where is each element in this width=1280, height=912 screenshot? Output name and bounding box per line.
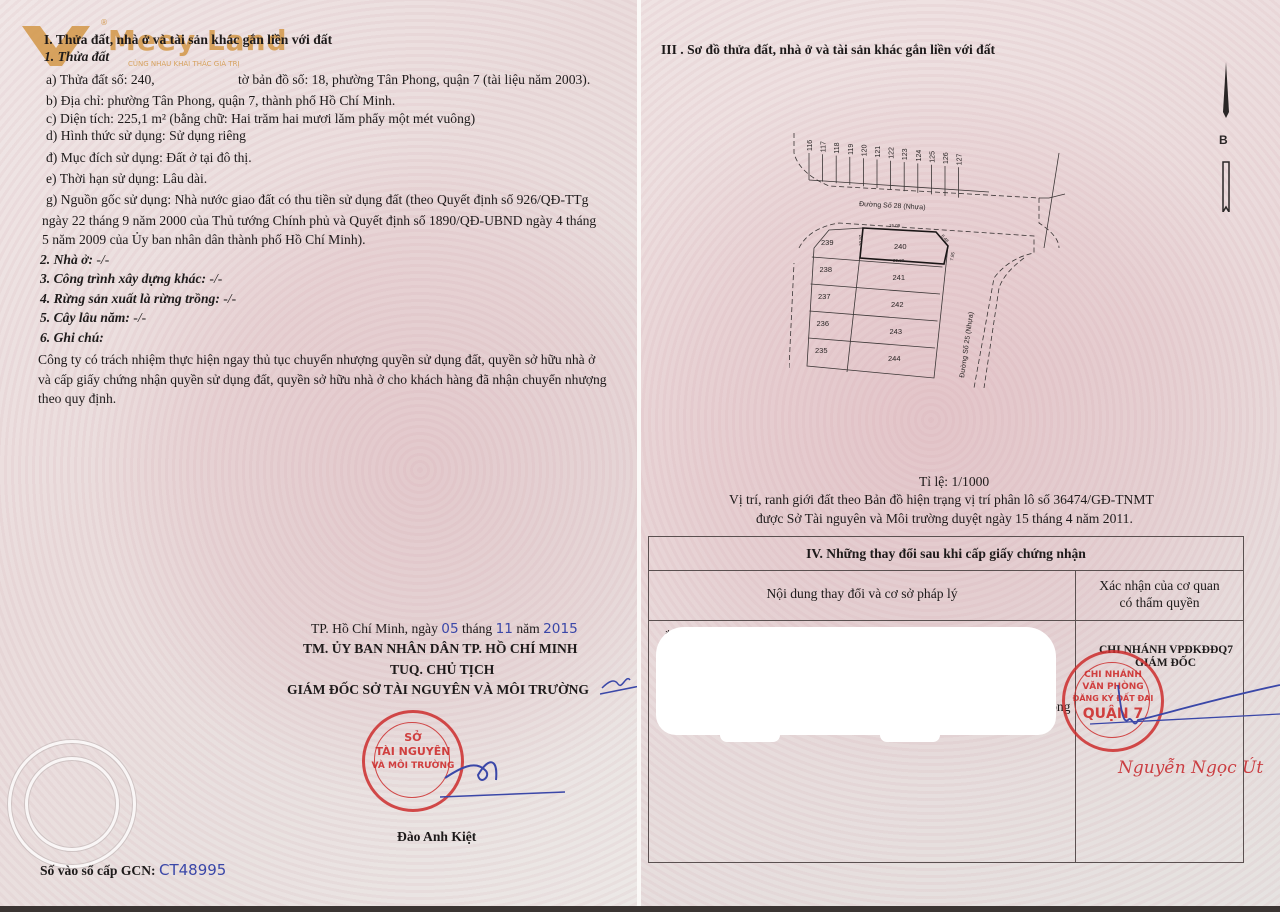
svg-text:117: 117 xyxy=(821,141,828,152)
redacted-change-entry xyxy=(656,627,1056,735)
cadastral-map: 116117118119120121122123124125126127Đườn… xyxy=(789,128,1089,388)
svg-text:242: 242 xyxy=(891,300,904,309)
changes-table-title: IV. Những thay đổi sau khi cấp giấy chứn… xyxy=(649,545,1243,562)
svg-text:7.85: 7.85 xyxy=(949,251,956,261)
svg-text:244: 244 xyxy=(888,354,901,363)
signer-office-line-2: TUQ. CHỦ TỊCH xyxy=(390,662,494,678)
svg-text:240: 240 xyxy=(894,242,907,251)
svg-text:119: 119 xyxy=(848,144,855,155)
notes-label: 6. Ghi chú: xyxy=(40,330,104,346)
svg-text:241: 241 xyxy=(893,273,906,282)
issue-year: 2015 xyxy=(543,621,578,637)
item-planted-forest: 4. Rừng sản xuất là rừng trồng: -/- xyxy=(40,291,236,307)
svg-text:238: 238 xyxy=(820,265,833,274)
item-perennial-trees-label: 5. Cây lâu năm: xyxy=(40,310,130,325)
svg-text:20.00: 20.00 xyxy=(893,258,905,263)
svg-text:15.09: 15.09 xyxy=(889,223,901,228)
issue-month-label: tháng xyxy=(462,621,492,636)
issue-day: 05 xyxy=(441,621,458,637)
svg-text:Đường Số 28 (Nhựa): Đường Số 28 (Nhựa) xyxy=(859,199,926,211)
registered-mark: ® xyxy=(100,18,108,27)
item-other-construction: 3. Công trình xây dựng khác: -/- xyxy=(40,271,222,287)
notes-line-3: theo quy định. xyxy=(38,391,116,407)
issue-date: TP. Hồ Chí Minh, ngày 05 tháng 11 năm 20… xyxy=(311,621,578,637)
column-authority-confirmation: Xác nhận của cơ quan có thẩm quyền xyxy=(1076,577,1243,611)
usage-term: e) Thời hạn sử dụng: Lâu dài. xyxy=(46,171,207,187)
svg-text:127: 127 xyxy=(957,154,964,166)
origin-line-1: g) Nguồn gốc sử dụng: Nhà nước giao đất … xyxy=(46,192,588,208)
map-sheet: tờ bản đồ số: 18, phường Tân Phong, quận… xyxy=(238,72,590,88)
map-scale: Tỉ lệ: 1/1000 xyxy=(919,474,989,490)
changes-table-header: IV. Những thay đổi sau khi cấp giấy chứn… xyxy=(649,537,1243,571)
item-house-label: 2. Nhà ở: xyxy=(40,252,93,267)
map-caption-line-2: được Sở Tài nguyên và Môi trường duyệt n… xyxy=(756,511,1133,527)
item-other-construction-label: 3. Công trình xây dựng khác: xyxy=(40,271,206,286)
svg-text:126: 126 xyxy=(943,152,950,164)
section-title-3: III . Sơ đồ thửa đất, nhà ở và tài sản k… xyxy=(661,42,995,58)
item-other-construction-value: -/- xyxy=(209,271,222,286)
item-planted-forest-value: -/- xyxy=(223,291,236,306)
changes-table-column-headers: Nội dung thay đổi và cơ sở pháp lý Xác n… xyxy=(649,570,1243,621)
svg-text:243: 243 xyxy=(890,327,903,336)
signer-office-line-1: TM. ỦY BAN NHÂN DÂN TP. HỒ CHÍ MINH xyxy=(303,641,577,657)
signer-office-line-3: GIÁM ĐỐC SỞ TÀI NGUYÊN VÀ MÔI TRƯỜNG xyxy=(287,682,589,698)
section-title-1: I. Thửa đất, nhà ở và tài sản khác gắn l… xyxy=(44,32,332,48)
left-signer-name: Đào Anh Kiệt xyxy=(397,829,476,845)
registry-value: CT48995 xyxy=(159,861,226,879)
usage-purpose: đ) Mục đích sử dụng: Đất ở tại đô thị. xyxy=(46,150,252,166)
svg-text:125: 125 xyxy=(929,151,936,163)
svg-text:124: 124 xyxy=(916,150,923,162)
svg-text:236: 236 xyxy=(817,319,830,328)
svg-text:239: 239 xyxy=(821,238,834,247)
column-change-content: Nội dung thay đổi và cơ sở pháp lý xyxy=(649,585,1075,602)
svg-text:235: 235 xyxy=(815,346,828,355)
map-caption-line-1: Vị trí, ranh giới đất theo Bản đồ hiện t… xyxy=(729,492,1154,508)
land-office-signature-icon xyxy=(1090,670,1280,745)
embossed-seal-icon xyxy=(8,740,136,868)
svg-text:Đường Số 25 (Nhựa): Đường Số 25 (Nhựa) xyxy=(957,311,975,378)
svg-text:121: 121 xyxy=(875,146,882,158)
usage-form: d) Hình thức sử dụng: Sử dụng riêng xyxy=(46,128,246,144)
item-perennial-trees: 5. Cây lâu năm: -/- xyxy=(40,310,146,326)
svg-text:118: 118 xyxy=(834,142,841,153)
subsection-title: 1. Thửa đất xyxy=(44,49,109,65)
initial-mark-icon xyxy=(600,668,639,696)
registry-number: Số vào sổ cấp GCN: CT48995 xyxy=(40,862,226,879)
item-perennial-trees-value: -/- xyxy=(133,310,146,325)
parcel-number: a) Thửa đất số: 240, xyxy=(46,72,155,88)
svg-text:B: B xyxy=(1219,133,1228,147)
svg-text:116: 116 xyxy=(807,140,814,151)
brand-tagline: CÙNG NHAU KHAI THÁC GIÁ TRỊ xyxy=(128,60,240,68)
svg-text:120: 120 xyxy=(861,144,868,156)
notes-line-2: và cấp giấy chứng nhận quyền sử dụng đất… xyxy=(38,372,607,388)
registry-label: Số vào sổ cấp GCN: xyxy=(40,863,156,878)
area: c) Diện tích: 225,1 m² (bằng chữ: Hai tr… xyxy=(46,111,475,127)
svg-text:10.97: 10.97 xyxy=(858,234,863,246)
origin-line-2: ngày 22 tháng 9 năm 2000 của Thủ tướng C… xyxy=(42,213,596,229)
origin-line-3: 5 năm 2009 của Ủy ban nhân dân thành phố… xyxy=(42,232,366,248)
handwritten-signature-icon xyxy=(440,740,570,800)
svg-text:122: 122 xyxy=(889,147,896,159)
north-arrow-icon: B xyxy=(1211,62,1241,212)
svg-text:237: 237 xyxy=(818,292,831,301)
certificate-left-page: ® Meey Land CÙNG NHAU KHAI THÁC GIÁ TRỊ … xyxy=(0,0,639,906)
item-planted-forest-label: 4. Rừng sản xuất là rừng trồng: xyxy=(40,291,220,306)
issue-place-prefix: TP. Hồ Chí Minh, ngày xyxy=(311,621,438,636)
issue-year-label: năm xyxy=(516,621,539,636)
right-signer-name: Nguyễn Ngọc Út xyxy=(1118,760,1263,776)
notes-line-1: Công ty có trách nhiệm thực hiện ngay th… xyxy=(38,352,595,368)
address: b) Địa chỉ: phường Tân Phong, quận 7, th… xyxy=(46,93,395,109)
item-house: 2. Nhà ở: -/- xyxy=(40,252,109,268)
svg-text:123: 123 xyxy=(902,148,909,160)
issue-month: 11 xyxy=(496,621,513,637)
item-house-value: -/- xyxy=(96,252,109,267)
